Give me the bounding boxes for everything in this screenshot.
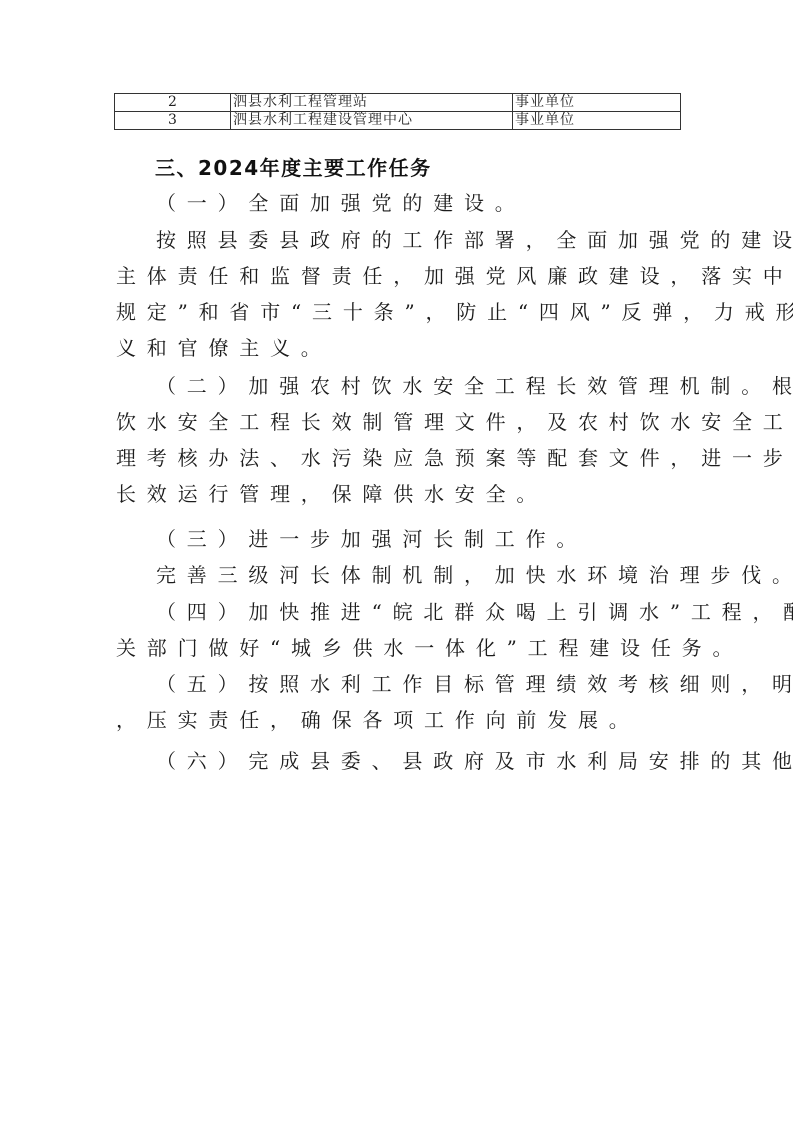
- units-table: 2 泗县水利工程管理站 事业单位 3 泗县水利工程建设管理中心 事业单位: [114, 93, 681, 130]
- paragraph-line: 规定”和省市“三十条”，防止“四风”反弹，力戒形式主: [116, 299, 686, 325]
- task-1-title: （一）全面加强党的建设。: [156, 190, 726, 216]
- section-heading: 三、2024年度主要工作任务: [155, 155, 432, 181]
- paragraph-line: 完善三级河长体制机制，加快水环境治理步伐。: [156, 562, 726, 588]
- table-row: 2 泗县水利工程管理站 事业单位: [115, 94, 681, 112]
- table-row: 3 泗县水利工程建设管理中心 事业单位: [115, 112, 681, 130]
- document-page: 2 泗县水利工程管理站 事业单位 3 泗县水利工程建设管理中心 事业单位 三、2…: [0, 0, 793, 1122]
- unit-type: 事业单位: [513, 94, 681, 112]
- row-number: 3: [115, 112, 231, 130]
- paragraph-line: 按照县委县政府的工作部署，全面加强党的建设，落实: [156, 227, 726, 253]
- unit-name: 泗县水利工程管理站: [231, 94, 513, 112]
- paragraph-line: 义和官僚主义。: [116, 335, 686, 361]
- task-5-paragraph: （五）按照水利工作目标管理绩效考核细则，明确分工: [156, 671, 726, 697]
- row-number: 2: [115, 94, 231, 112]
- paragraph-line: 主体责任和监督责任，加强党风廉政建设，落实中央“八项: [116, 263, 686, 289]
- paragraph-line: 关部门做好“城乡供水一体化”工程建设任务。: [116, 635, 686, 661]
- unit-type: 事业单位: [513, 112, 681, 130]
- task-6-paragraph: （六）完成县委、县政府及市水利局安排的其他工作。: [156, 748, 726, 774]
- paragraph-line: ，压实责任，确保各项工作向前发展。: [116, 707, 686, 733]
- task-4-paragraph: （四）加快推进“皖北群众喝上引调水”工程，配合相: [156, 599, 726, 625]
- paragraph-line: 饮水安全工程长效制管理文件，及农村饮水安全工程运行管: [116, 409, 686, 435]
- paragraph-line: 理考核办法、水污染应急预案等配套文件，进一步规范水厂: [116, 445, 686, 471]
- paragraph-line: 长效运行管理，保障供水安全。: [116, 481, 686, 507]
- task-3-title: （三）进一步加强河长制工作。: [156, 526, 726, 552]
- unit-name: 泗县水利工程建设管理中心: [231, 112, 513, 130]
- task-2-paragraph: （二）加强农村饮水安全工程长效管理机制。根据农村: [156, 373, 726, 399]
